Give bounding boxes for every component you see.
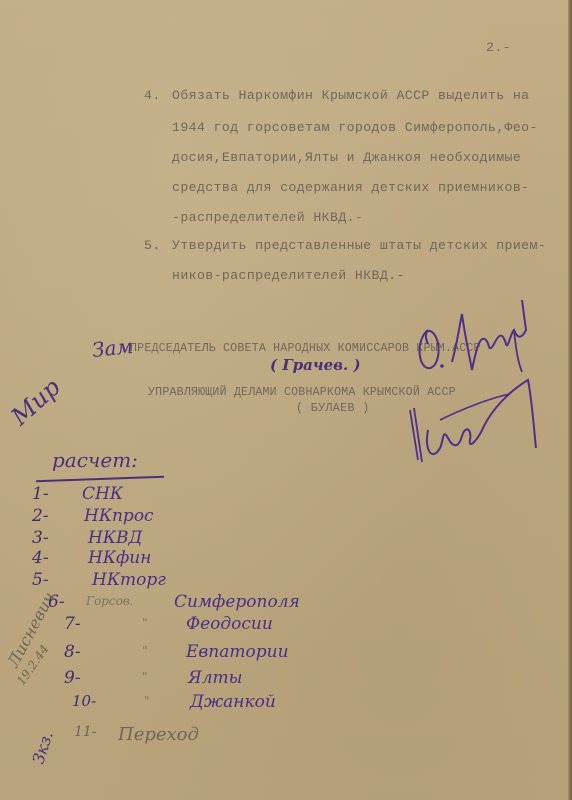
manager-signature-icon bbox=[400, 370, 550, 470]
paragraph-4-line-4: средства для содержания детских приемник… bbox=[172, 180, 530, 195]
document-page: 2.- 4. Обязать Наркомфин Крымской АССР в… bbox=[0, 0, 572, 800]
list-item: 4- НКфин bbox=[32, 548, 352, 570]
paragraph-4-line-2: 1944 год горсоветам городов Симферополь,… bbox=[172, 120, 538, 135]
list-item: 8- " Евпатории bbox=[64, 642, 384, 664]
paragraph-5-line-1: Утвердить представленные штаты детских п… bbox=[172, 238, 546, 253]
paragraph-4-line-5: -распределителей НКВД.- bbox=[172, 210, 363, 225]
list-item: 11- Переход bbox=[74, 724, 394, 746]
list-item: 7- " Феодосии bbox=[64, 614, 384, 636]
paragraph-5-line-2: ников-распределителей НКВД.- bbox=[172, 268, 405, 283]
page-number: 2.- bbox=[486, 40, 511, 55]
chairman-prefix-handwritten: Зам bbox=[91, 334, 134, 362]
list-item: 6- Горсов. Симферополя bbox=[48, 592, 368, 614]
paragraph-4-line-3: досия,Евпатории,Ялты и Джанкоя необходим… bbox=[172, 150, 521, 165]
margin-signature: Мир bbox=[6, 373, 66, 431]
heading-underline bbox=[36, 476, 164, 482]
chairman-name-handwritten: ( Грачев. ) bbox=[270, 356, 361, 374]
list-item: 5- НКторг bbox=[32, 570, 352, 592]
paragraph-4-line-1: Обязать Наркомфин Крымской АССР выделить… bbox=[172, 88, 530, 103]
distribution-heading: расчет: bbox=[52, 448, 138, 472]
list-item: 10- " Джанкой bbox=[72, 692, 392, 714]
manager-name: ( БУЛАЕВ ) bbox=[296, 402, 370, 415]
paragraph-4-number: 4. bbox=[144, 88, 161, 103]
margin-violet-note: Зкз. bbox=[28, 729, 56, 767]
paragraph-5-number: 5. bbox=[144, 238, 161, 253]
list-item: 2- НКпрос bbox=[32, 506, 352, 528]
paper-edge bbox=[568, 0, 572, 800]
list-item: 3- НКВД bbox=[32, 528, 352, 550]
list-item: 9- " Ялты bbox=[64, 668, 384, 690]
list-item: 1- СНК bbox=[32, 484, 352, 506]
